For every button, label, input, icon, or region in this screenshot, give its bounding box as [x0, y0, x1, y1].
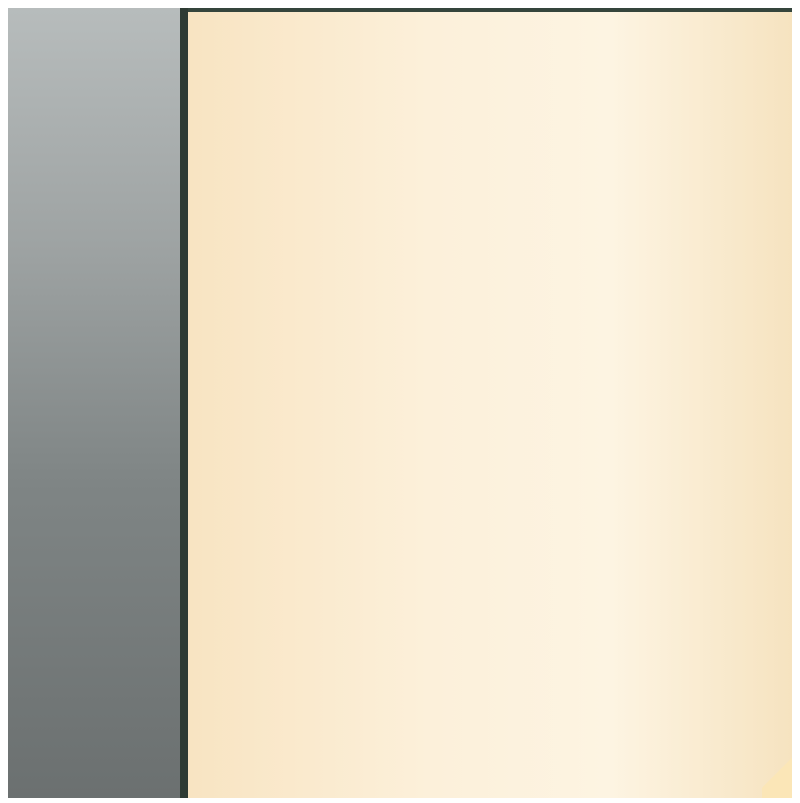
book-binding [180, 8, 188, 798]
bleed-through-text [188, 242, 792, 402]
left-cover-background [8, 8, 184, 798]
page-corner [762, 748, 792, 798]
scorebook-page [188, 12, 792, 798]
